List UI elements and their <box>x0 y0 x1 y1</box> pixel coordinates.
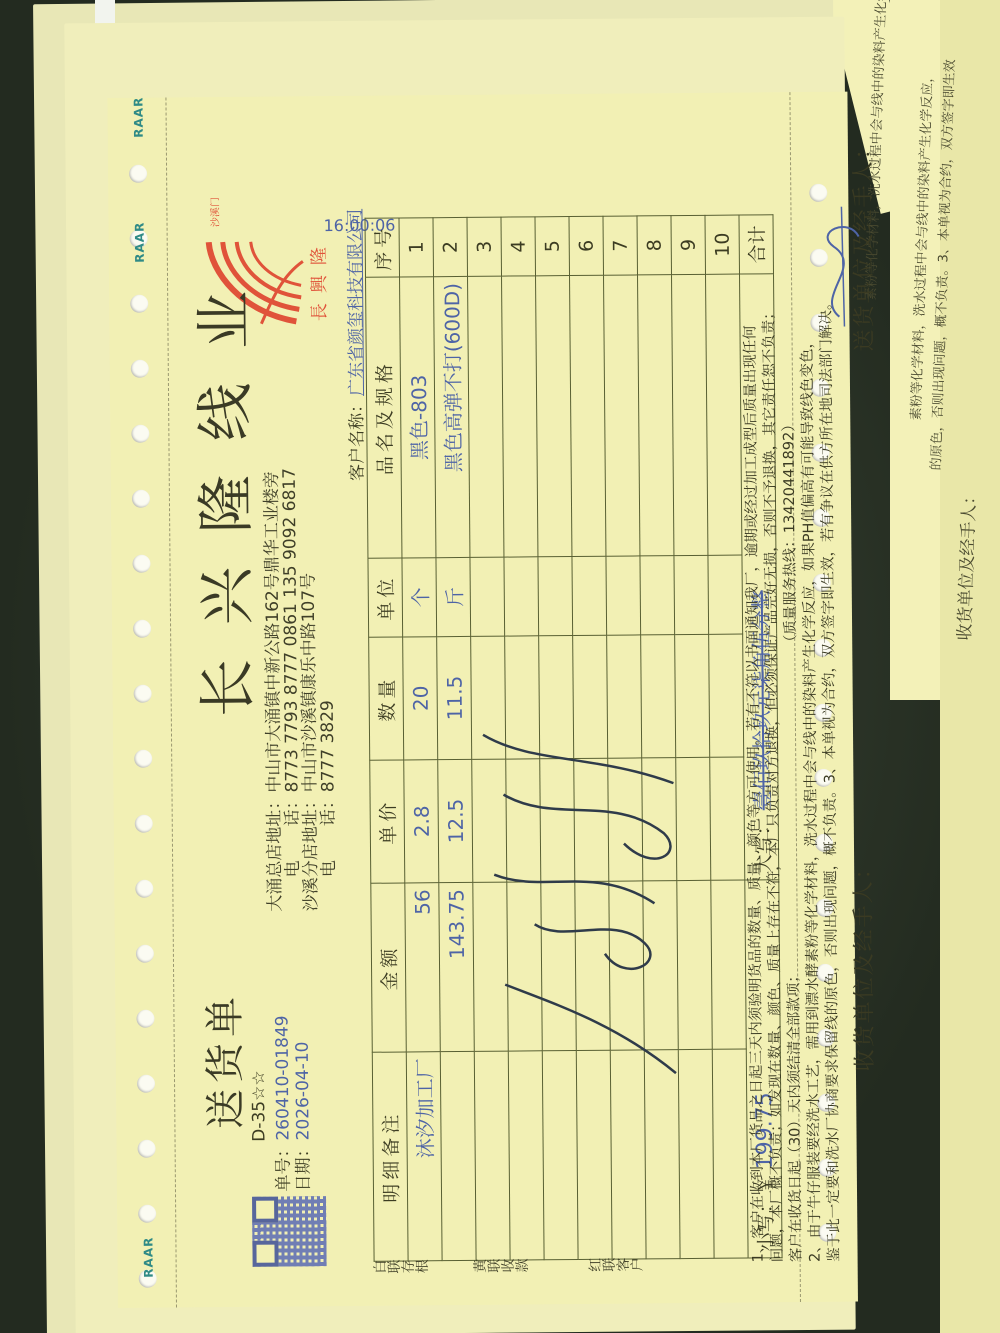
delivery-note: RAAR RAAR RAAR 長興隆 沙溪门 长兴隆 <box>107 92 858 1308</box>
perforation-stamp: RAAR <box>141 1237 155 1278</box>
perforation-stamp: RAAR <box>133 222 147 263</box>
copy-label-yellow: 黄联收款 <box>473 1256 529 1276</box>
copy-label-red: 红联客户 <box>588 1255 644 1275</box>
qr-code <box>252 1196 327 1267</box>
document-code: D-35☆☆ <box>249 1070 270 1142</box>
side-paper-text: 收货单位及经手人： <box>950 487 980 641</box>
branch-phone: 电 话：8777 3829 <box>317 700 341 911</box>
terms-text: 1、客户在收到本厂货品之日起三天内须验明货品的数量、质量、颜色等方可使用。若有不… <box>741 295 844 1262</box>
customer-name: 客户名称：广东省颜玺科技有限公司 <box>340 209 367 481</box>
receiver-signature-label: 收货单位及经手人： <box>846 855 879 1071</box>
order-date: 日期：2026-04-10 <box>288 1041 314 1191</box>
company-title: 长兴隆线业 <box>177 257 265 718</box>
logo-branch-text: 沙溪门 <box>206 197 221 227</box>
copy-label-white: 白联存根 <box>373 1257 429 1277</box>
perforation-stamp: RAAR <box>131 97 145 138</box>
document-title: 送货单 <box>193 991 251 1129</box>
handwritten-signature <box>473 713 696 1095</box>
delivery-handwritten-mark <box>808 206 869 327</box>
logo-text: 長興隆 <box>305 237 332 321</box>
total-label: 合计 <box>739 215 774 274</box>
perforation-strip-top: RAAR RAAR RAAR <box>107 98 178 1308</box>
